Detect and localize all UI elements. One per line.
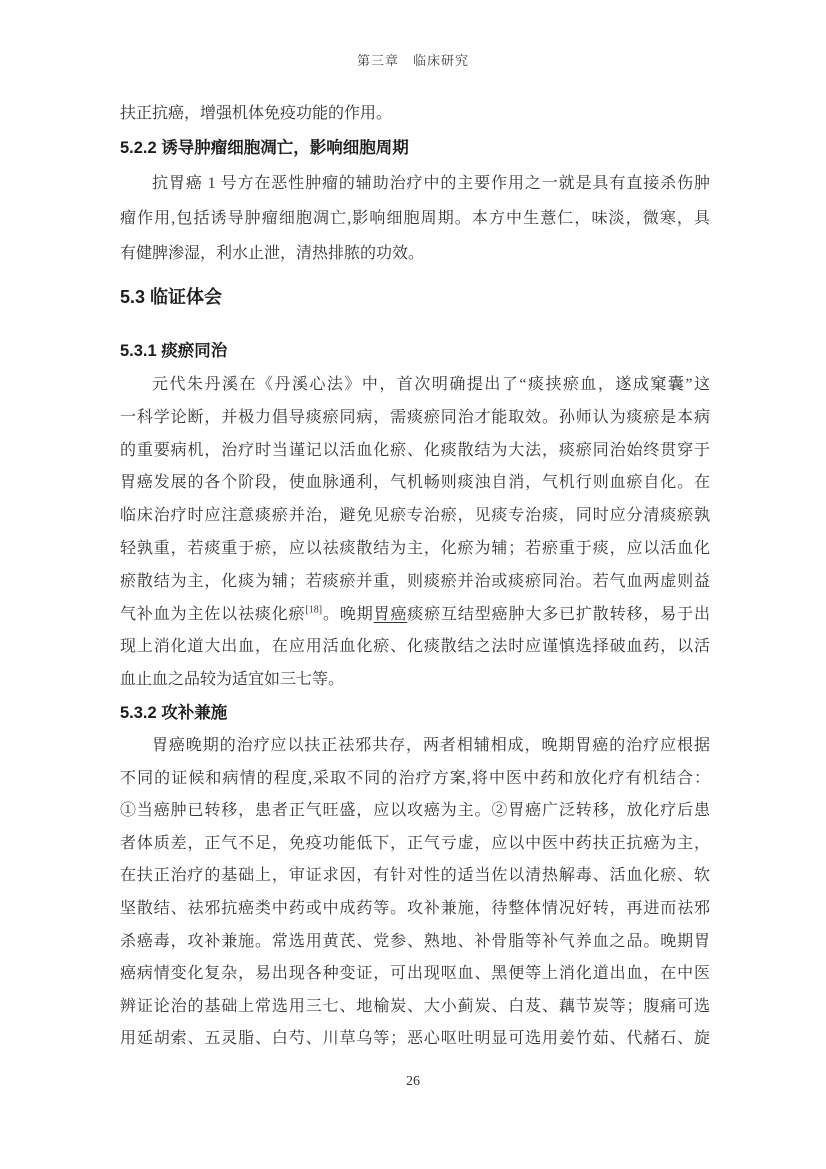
section-heading-531: 5.3.1 痰瘀同治 — [120, 334, 710, 369]
body-line: 辨证论治的基础上常选用三七、地榆炭、大小蓟炭、白芨、藕节炭等；腹痛可选 — [120, 991, 710, 1024]
underlined-term: 胃癌 — [374, 606, 408, 623]
page-number: 26 — [0, 1074, 826, 1090]
body-line: 临床治疗时应注意痰瘀并治，避免见瘀专治瘀，见痰专治痰，同时应分清痰瘀孰 — [120, 500, 710, 533]
body-text: 痰瘀互结型癌肿大多已扩散转移，易于出 — [407, 606, 710, 623]
body-line: 杀癌毒，攻补兼施。常选用黄芪、党参、熟地、补骨脂等补气养血之品。晚期胃 — [120, 926, 710, 959]
body-line: 坚散结、祛邪抗癌类中药或中成药等。攻补兼施，待整体情况好转，再进而祛邪 — [120, 893, 710, 926]
body-line: 胃癌发展的各个阶段，使血脉通利，气机畅则痰浊自消，气机行则血瘀自化。在 — [120, 467, 710, 500]
body-line: 不同的证候和病情的程度,采取不同的治疗方案,将中医中药和放化疗有机结合： — [120, 763, 710, 796]
body-line: 胃癌晚期的治疗应以扶正祛邪共存，两者相辅相成，晚期胃癌的治疗应根据 — [120, 730, 710, 763]
section-heading-532: 5.3.2 攻补兼施 — [120, 697, 710, 730]
body-line: 有健脾渗湿，利水止泄，清热排脓的功效。 — [120, 236, 710, 271]
body-line: 瘤作用,包括诱导肿瘤细胞凋亡,影响细胞周期。本方中生薏仁，味淡，微寒，具 — [120, 201, 710, 236]
body-line-with-reference: 气补血为主佐以祛痰化瘀[18]。晚期胃癌痰瘀互结型癌肿大多已扩散转移，易于出 — [120, 599, 710, 632]
body-line: 瘀散结为主，化痰为辅；若痰瘀并重，则痰瘀并治或痰瘀同治。若气血两虚则益 — [120, 566, 710, 599]
paragraph-522: 抗胃癌 1 号方在恶性肿瘤的辅助治疗中的主要作用之一就是具有直接杀伤肿 瘤作用,… — [120, 166, 710, 271]
section-heading-522: 5.2.2 诱导肿瘤细胞凋亡，影响细胞周期 — [120, 131, 710, 166]
chapter-header: 第三章 临床研究 — [0, 50, 826, 69]
body-text: 气补血为主佐以祛痰化瘀 — [120, 606, 305, 623]
body-text: 。晚期 — [322, 606, 373, 623]
body-line: 一科学论断，并极力倡导痰瘀同病，需痰瘀同治才能取效。孙师认为痰瘀是本病 — [120, 402, 710, 435]
page-content: 扶正抗癌，增强机体免疫功能的作用。 5.2.2 诱导肿瘤细胞凋亡，影响细胞周期 … — [120, 96, 710, 1056]
body-line: 癌病情变化复杂，易出现各种变证，可出现呕血、黑便等上消化道出血，在中医 — [120, 958, 710, 991]
reference-superscript: [18] — [305, 604, 322, 615]
body-line: 血止血之品较为适宜如三七等。 — [120, 664, 710, 697]
body-line: 者体质差，正气不足，免疫功能低下，正气亏虚，应以中医中药扶正抗癌为主， — [120, 828, 710, 861]
body-line: 的重要病机，治疗时当谨记以活血化瘀、化痰散结为大法，痰瘀同治始终贯穿于 — [120, 435, 710, 468]
body-line: 在扶正治疗的基础上，审证求因，有针对性的适当佐以清热解毒、活血化瘀、软 — [120, 860, 710, 893]
paragraph-532: 胃癌晚期的治疗应以扶正祛邪共存，两者相辅相成，晚期胃癌的治疗应根据 不同的证候和… — [120, 730, 710, 1056]
body-line: 现上消化道大出血，在应用活血化瘀、化痰散结之法时应谨慎选择破血药，以活 — [120, 631, 710, 664]
body-line: 用延胡索、五灵脂、白芍、川草乌等；恶心呕吐明显可选用姜竹茹、代赭石、旋 — [120, 1023, 710, 1056]
body-line: 轻孰重，若痰重于瘀，应以祛痰散结为主，化瘀为辅；若瘀重于痰，应以活血化 — [120, 533, 710, 566]
paragraph-531: 元代朱丹溪在《丹溪心法》中，首次明确提出了“痰挟瘀血，遂成窠囊”这 一科学论断，… — [120, 369, 710, 697]
section-heading-53: 5.3 临证体会 — [120, 280, 710, 315]
body-line: 抗胃癌 1 号方在恶性肿瘤的辅助治疗中的主要作用之一就是具有直接杀伤肿 — [120, 166, 710, 201]
document-page: 第三章 临床研究 扶正抗癌，增强机体免疫功能的作用。 5.2.2 诱导肿瘤细胞凋… — [0, 0, 826, 1169]
body-line: 元代朱丹溪在《丹溪心法》中，首次明确提出了“痰挟瘀血，遂成窠囊”这 — [120, 369, 710, 402]
body-line: 扶正抗癌，增强机体免疫功能的作用。 — [120, 96, 710, 131]
body-line: ①当癌肿已转移，患者正气旺盛，应以攻癌为主。②胃癌广泛转移，放化疗后患 — [120, 795, 710, 828]
